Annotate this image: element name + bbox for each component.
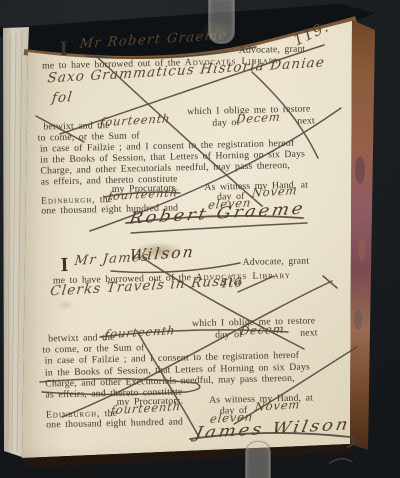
format-flourish <box>238 276 274 292</box>
cross-stroke <box>62 281 332 417</box>
name-underline-flourish <box>111 263 240 272</box>
cross-stroke <box>96 56 262 206</box>
name-underline-flourish <box>86 47 256 58</box>
signature-underline <box>131 223 307 233</box>
word-strike-loop <box>40 379 200 395</box>
page-corner-mark <box>330 459 352 463</box>
signature-strike <box>190 433 355 447</box>
signature-strike <box>126 216 303 223</box>
cross-stroke <box>234 347 357 424</box>
photograph-scene: 119. I Mr Robert Graeme Advocate, grant … <box>0 0 400 478</box>
cross-stroke <box>252 72 318 158</box>
word-strike <box>104 192 180 197</box>
page-holder-strap-bottom <box>245 441 271 478</box>
cross-stroke <box>90 108 341 231</box>
word-strike <box>100 330 288 337</box>
cancellation-cross-strokes <box>0 0 400 478</box>
cross-stroke <box>137 331 199 437</box>
cross-tick <box>323 276 337 288</box>
page-holder-strap-top <box>208 0 235 44</box>
